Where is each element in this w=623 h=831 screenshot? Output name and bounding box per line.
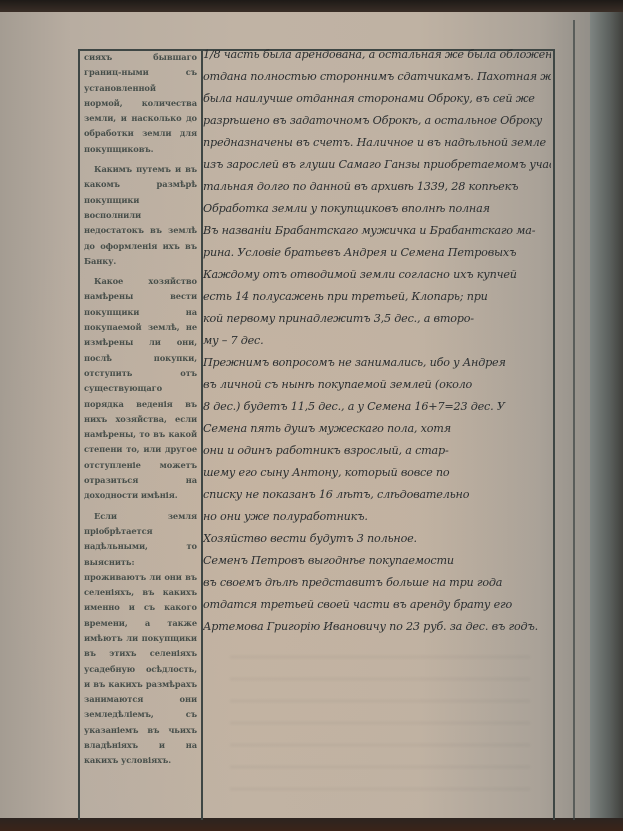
handwritten-line: Артемова Григорію Ивановичу по 23 руб. з… bbox=[203, 616, 551, 638]
handwritten-line: Семенъ Петровъ выгоднѣе покупаемости bbox=[203, 550, 551, 572]
printed-question: Какимъ путемъ и въ какомъ размѣрѣ покупщ… bbox=[84, 162, 197, 269]
handwritten-line: кой первому принадлежитъ 3,5 дес., а вто… bbox=[203, 308, 551, 330]
handwritten-line: Прежнимъ вопросомъ не занимались, ибо у … bbox=[203, 352, 551, 374]
rule-right-border bbox=[553, 50, 555, 820]
handwritten-line: отдана полностью стороннимъ сдатчикамъ. … bbox=[203, 66, 551, 88]
handwritten-line: Семена пять душъ мужескаго пола, хотя bbox=[203, 418, 551, 440]
printed-question-fragment: сияхъ бывшаго границ-ными съ установленн… bbox=[84, 50, 197, 157]
handwritten-line: Каждому отъ отводимой земли согласно ихъ… bbox=[203, 264, 551, 286]
handwritten-line: изъ зарослей въ глуши Самаго Ганзы приоб… bbox=[203, 154, 551, 176]
rule-left-margin bbox=[78, 50, 80, 820]
scan-frame-top-edge bbox=[0, 0, 623, 12]
handwritten-line: рина. Условіе братьевъ Андрея и Семена П… bbox=[203, 242, 551, 264]
handwritten-line: Обработка земли у покупщиковъ вполнѣ пол… bbox=[203, 198, 551, 220]
handwritten-line: шему его сыну Антону, который вовсе по bbox=[203, 462, 551, 484]
handwritten-line: тальная долго по данной въ архивѣ 1339, … bbox=[203, 176, 551, 198]
handwritten-line: въ своемъ дѣлѣ представитъ больше на три… bbox=[203, 572, 551, 594]
printed-questions-column: сияхъ бывшаго границ-ными съ установленн… bbox=[84, 50, 197, 774]
handwritten-line: въ личной съ нынѣ покупаемой землей (око… bbox=[203, 374, 551, 396]
rule-page-edge bbox=[573, 20, 575, 820]
handwritten-line: разрѣшено въ задаточномъ Оброкѣ, а остал… bbox=[203, 110, 551, 132]
printed-question: Какое хозяйство намѣрены вести покупщики… bbox=[84, 274, 197, 503]
handwritten-answer-column: 1/8 часть была арендована, а остальная ж… bbox=[203, 44, 551, 638]
handwritten-line: 8 дес.) будетъ 11,5 дес., а у Семена 16+… bbox=[203, 396, 551, 418]
handwritten-line: му – 7 дес. bbox=[203, 330, 551, 352]
handwritten-line: Въ названіи Брабантскаго мужичка и Браба… bbox=[203, 220, 551, 242]
bleed-through-text bbox=[230, 640, 530, 790]
printed-question: Если земля пріобрѣтается надѣльными, то … bbox=[84, 509, 197, 769]
page-binding-shadow bbox=[590, 12, 623, 818]
scan-frame-bottom-edge bbox=[0, 818, 623, 831]
handwritten-line: предназначены въ счетъ. Наличное и въ на… bbox=[203, 132, 551, 154]
handwritten-line: 1/8 часть была арендована, а остальная ж… bbox=[203, 44, 551, 66]
handwritten-line: но они уже полуработникъ. bbox=[203, 506, 551, 528]
handwritten-line: есть 14 полусажень при третьей, Клопарь;… bbox=[203, 286, 551, 308]
handwritten-line: списку не показанъ 16 лѣтъ, слѣдовательн… bbox=[203, 484, 551, 506]
handwritten-line: они и одинъ работникъ взрослый, а стар- bbox=[203, 440, 551, 462]
handwritten-line: Хозяйство вести будутъ 3 польное. bbox=[203, 528, 551, 550]
handwritten-line: отдатся третьей своей части въ аренду бр… bbox=[203, 594, 551, 616]
handwritten-line: была наилучше отданная сторонами Оброку,… bbox=[203, 88, 551, 110]
